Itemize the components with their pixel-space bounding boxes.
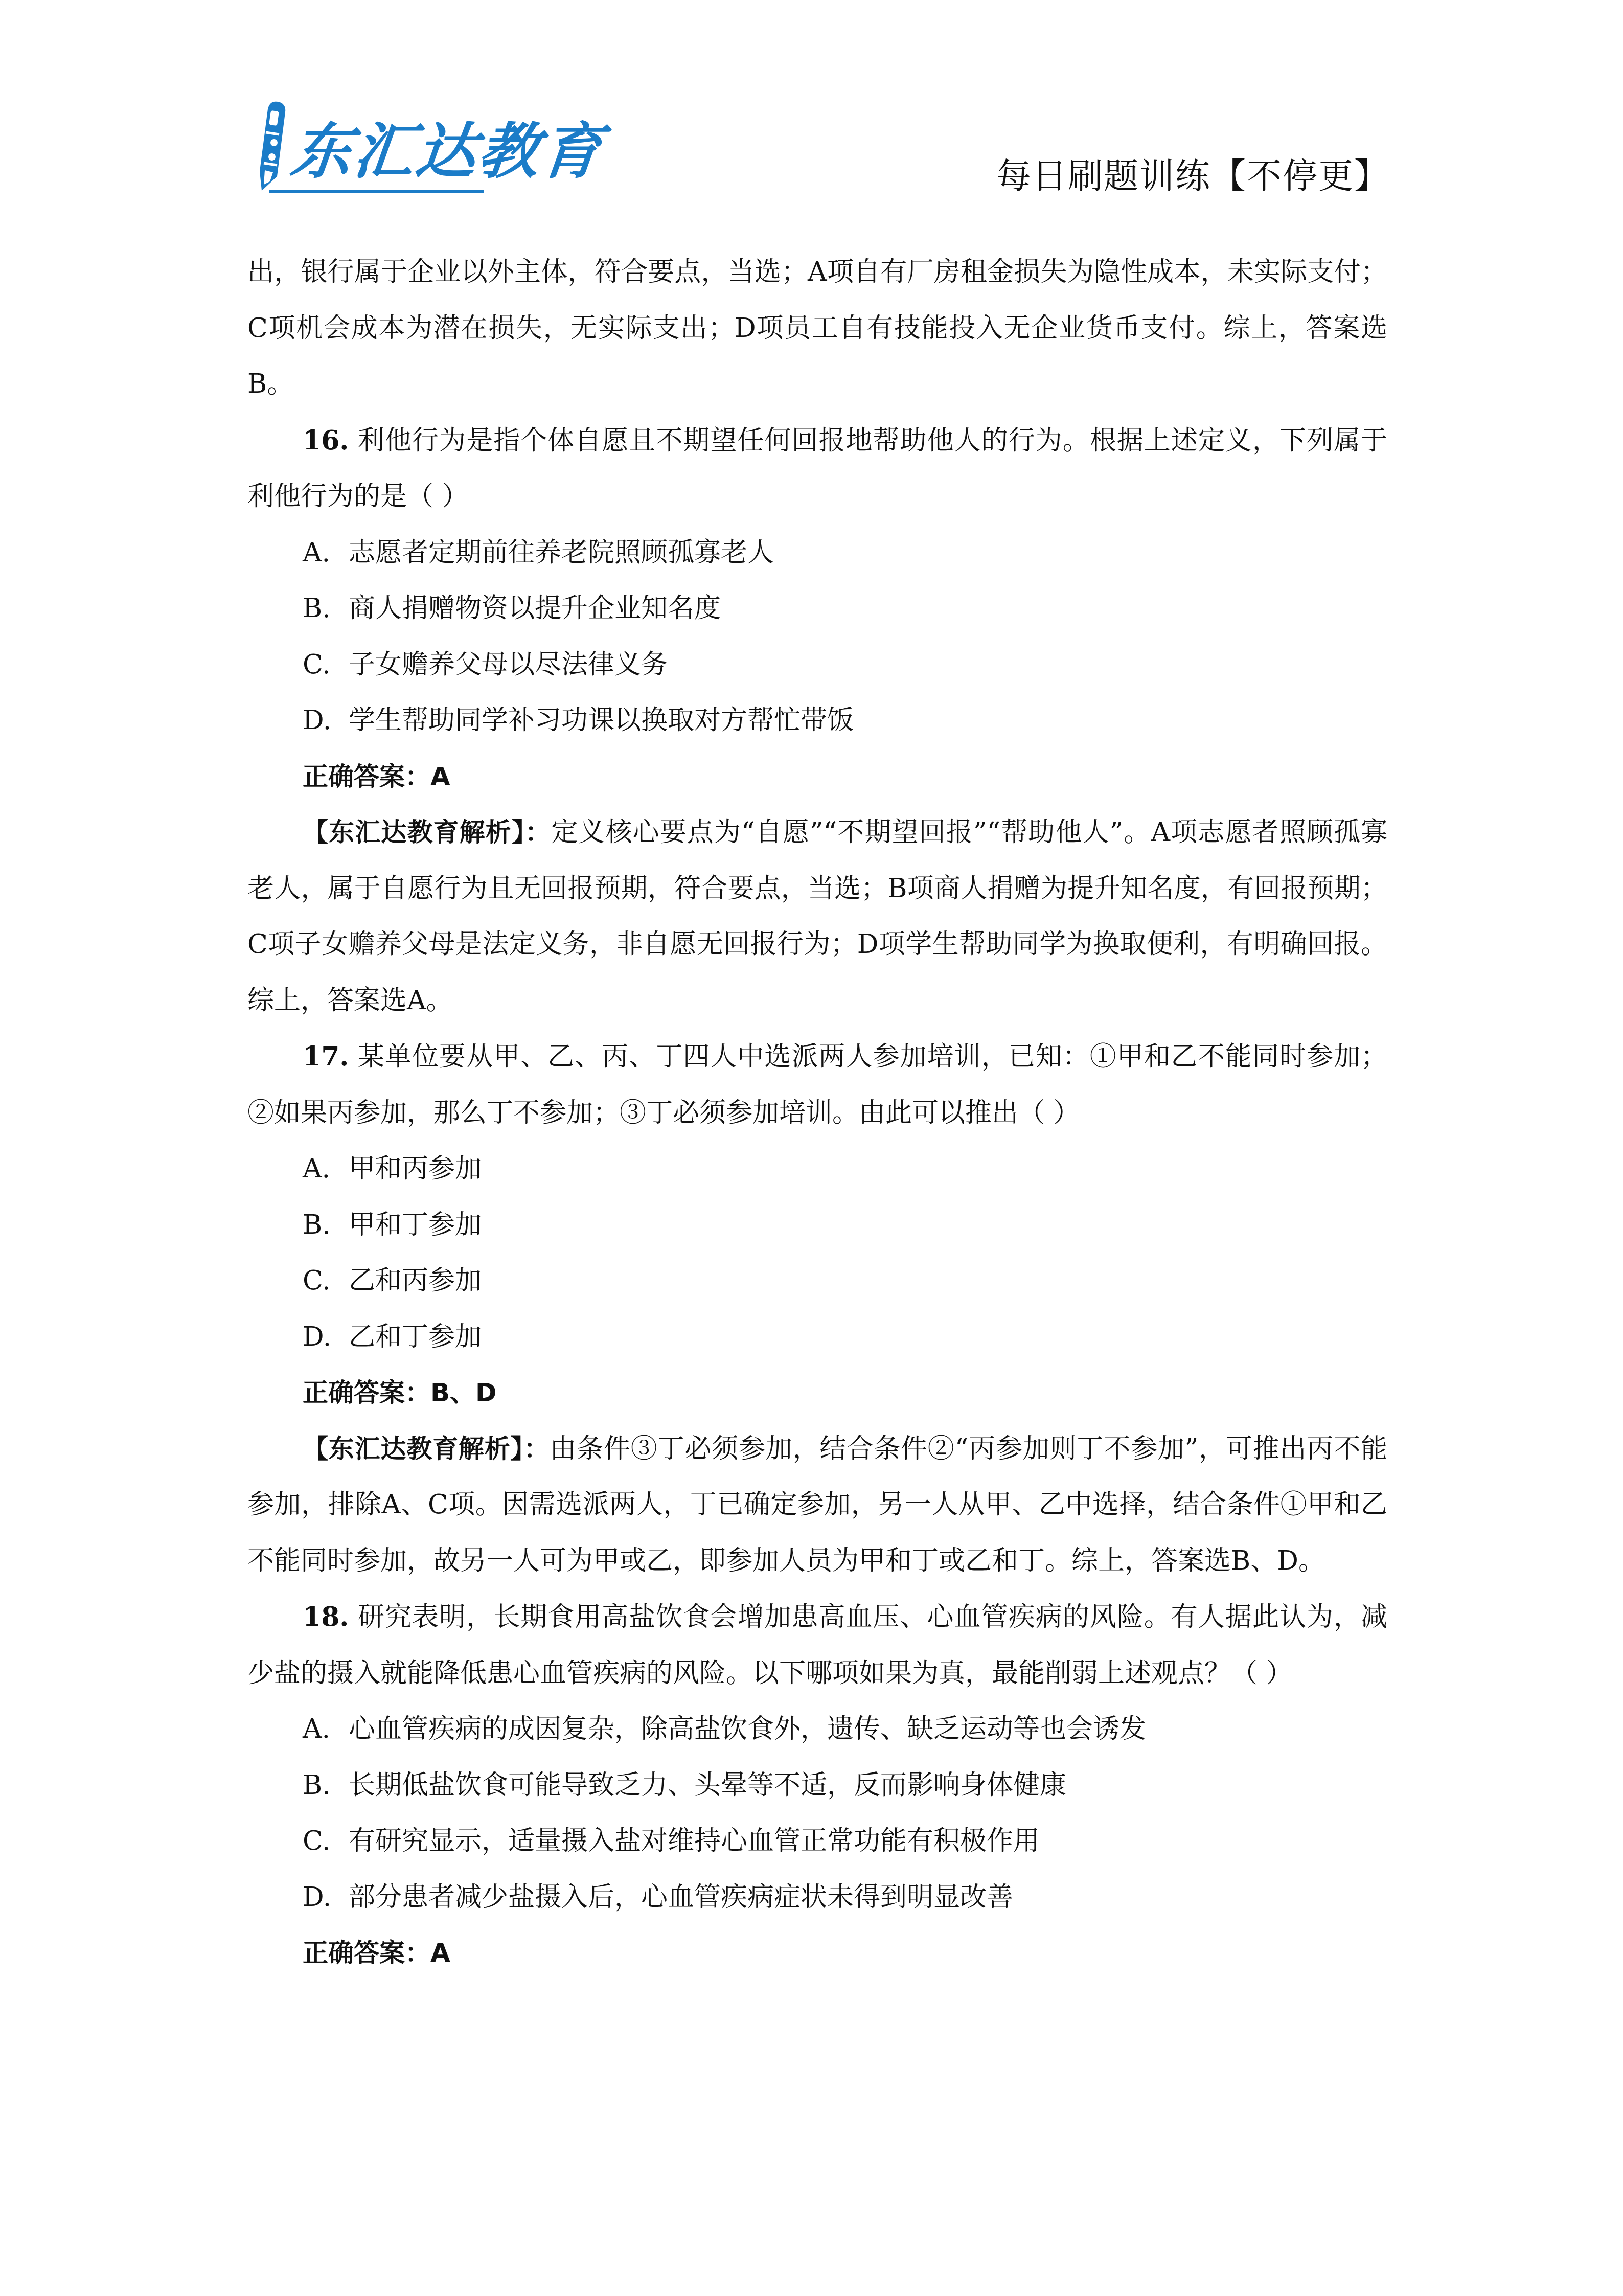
option-key: A. [303,1701,349,1758]
option-b: B.商人捐赠物资以提升企业知名度 [247,581,1387,637]
option-a: A.志愿者定期前往养老院照顾孤寡老人 [247,525,1387,581]
correct-answer: 正确答案：A [247,749,1387,805]
brand-logo: 东汇达教育 [255,100,633,194]
option-text: 志愿者定期前往养老院照顾孤寡老人 [349,537,774,568]
header-title: 每日刷题训练【不停更】 [996,160,1390,194]
answer-value: A [430,762,450,791]
option-text: 长期低盐饮食可能导致乏力、头晕等不适，反而影响身体健康 [349,1770,1066,1801]
option-text: 甲和丙参加 [349,1153,482,1184]
option-key: B. [303,1758,349,1814]
analysis-tag: 【东汇达教育解析】： [303,1434,550,1464]
option-a: A.甲和丙参加 [247,1141,1387,1197]
question-text: 研究表明，长期食用高盐饮食会增加患高血压、心血管疾病的风险。有人据此认为，减少盐… [247,1602,1387,1689]
option-d: D.部分患者减少盐摄入后，心血管疾病症状未得到明显改善 [247,1870,1387,1926]
question-16: 16. 利他行为是指个体自愿且不期望任何回报地帮助他人的行为。根据上述定义，下列… [247,413,1387,1029]
logo-text: 东汇达教育 [288,121,606,181]
page-header: 东汇达教育 每日刷题训练【不停更】 [0,0,1623,215]
question-text: 某单位要从甲、乙、丙、丁四人中选派两人参加培训，已知：①甲和乙不能同时参加；②如… [247,1041,1387,1128]
document-body: 出，银行属于企业以外主体，符合要点，当选；A项自有厂房租金损失为隐性成本，未实际… [247,244,1387,1982]
question-stem: 17. 某单位要从甲、乙、丙、丁四人中选派两人参加培训，已知：①甲和乙不能同时参… [247,1029,1387,1141]
option-c: C.子女赡养父母以尽法律义务 [247,637,1387,693]
answer-value: A [430,1938,450,1968]
option-text: 乙和丙参加 [349,1265,482,1296]
question-stem: 16. 利他行为是指个体自愿且不期望任何回报地帮助他人的行为。根据上述定义，下列… [247,413,1387,525]
option-key: A. [303,525,349,581]
answer-label: 正确答案： [303,1378,430,1407]
question-text: 利他行为是指个体自愿且不期望任何回报地帮助他人的行为。根据上述定义，下列属于利他… [247,425,1387,512]
option-key: D. [303,693,349,749]
answer-label: 正确答案： [303,762,430,791]
option-text: 学生帮助同学补习功课以换取对方帮忙带饭 [349,705,854,736]
option-c: C.有研究显示，适量摄入盐对维持心血管正常功能有积极作用 [247,1813,1387,1870]
option-text: 乙和丁参加 [349,1322,482,1352]
option-b: B.甲和丁参加 [247,1197,1387,1254]
question-17: 17. 某单位要从甲、乙、丙、丁四人中选派两人参加培训，已知：①甲和乙不能同时参… [247,1029,1387,1589]
option-d: D.学生帮助同学补习功课以换取对方帮忙带饭 [247,693,1387,749]
option-key: B. [303,581,349,637]
question-number: 16. [303,425,349,456]
analysis-paragraph: 【东汇达教育解析】：由条件③丁必须参加，结合条件②“丙参加则丁不参加”，可推出丙… [247,1421,1387,1589]
pencil-icon [255,100,290,194]
correct-answer: 正确答案：A [247,1925,1387,1982]
option-text: 商人捐赠物资以提升企业知名度 [349,593,721,624]
option-a: A.心血管疾病的成因复杂，除高盐饮食外，遗传、缺乏运动等也会诱发 [247,1701,1387,1758]
analysis-paragraph: 【东汇达教育解析】：定义核心要点为“自愿”“不期望回报”“帮助他人”。A项志愿者… [247,805,1387,1029]
option-text: 部分患者减少盐摄入后，心血管疾病症状未得到明显改善 [349,1882,1013,1913]
question-number: 17. [303,1041,349,1072]
answer-label: 正确答案： [303,1938,430,1968]
option-key: B. [303,1197,349,1254]
analysis-tag: 【东汇达教育解析】： [303,817,551,847]
option-c: C.乙和丙参加 [247,1253,1387,1309]
question-stem: 18. 研究表明，长期食用高盐饮食会增加患高血压、心血管疾病的风险。有人据此认为… [247,1589,1387,1701]
option-key: D. [303,1309,349,1366]
option-text: 甲和丁参加 [349,1210,482,1240]
option-text: 心血管疾病的成因复杂，除高盐饮食外，遗传、缺乏运动等也会诱发 [349,1714,1146,1744]
question-number: 18. [303,1601,349,1632]
option-key: D. [303,1870,349,1926]
option-b: B.长期低盐饮食可能导致乏力、头晕等不适，反而影响身体健康 [247,1758,1387,1814]
answer-value: B、D [430,1378,497,1407]
option-key: C. [303,637,349,693]
option-key: C. [303,1813,349,1870]
question-18: 18. 研究表明，长期食用高盐饮食会增加患高血压、心血管疾病的风险。有人据此认为… [247,1589,1387,1982]
correct-answer: 正确答案：B、D [247,1365,1387,1421]
option-text: 子女赡养父母以尽法律义务 [349,649,668,680]
continuation-paragraph: 出，银行属于企业以外主体，符合要点，当选；A项自有厂房租金损失为隐性成本，未实际… [247,244,1387,413]
option-key: A. [303,1141,349,1197]
option-d: D.乙和丁参加 [247,1309,1387,1366]
option-key: C. [303,1253,349,1309]
logo-underline [269,190,484,193]
option-text: 有研究显示，适量摄入盐对维持心血管正常功能有积极作用 [349,1826,1040,1856]
